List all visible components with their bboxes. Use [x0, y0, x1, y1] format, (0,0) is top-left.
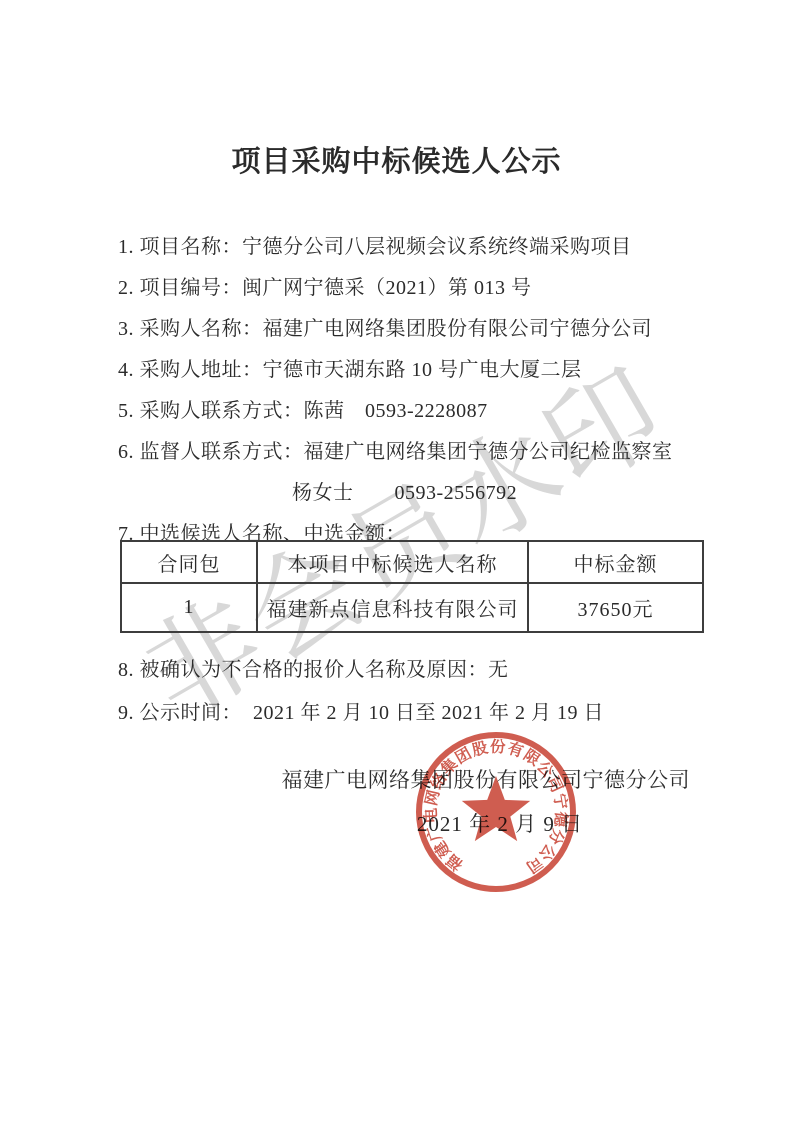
body-line-6-continuation: 杨女士 0593-2556792 — [118, 470, 702, 511]
body-line-8: 8. 被确认为不合格的报价人名称及原因：无 — [118, 646, 702, 689]
table-row: 1 福建新点信息科技有限公司 37650元 — [121, 583, 703, 632]
body-text-after-table: 8. 被确认为不合格的报价人名称及原因：无 9. 公示时间： 2021 年 2 … — [118, 646, 702, 732]
signature-date: 2021 年 2 月 9 日 — [380, 808, 620, 838]
signature-company: 福建广电网络集团股份有限公司宁德分公司 — [108, 764, 690, 794]
body-line-3: 3. 采购人名称：福建广电网络集团股份有限公司宁德分公司 — [118, 306, 702, 347]
document-page: 非会员水印 项目采购中标候选人公示 1. 项目名称：宁德分公司八层视频会议系统终… — [0, 0, 793, 1121]
result-table: 合同包 本项目中标候选人名称 中标金额 1 福建新点信息科技有限公司 37650… — [120, 540, 704, 633]
body-line-5: 5. 采购人联系方式：陈茜 0593-2228087 — [118, 388, 702, 429]
header-contract-package: 合同包 — [121, 541, 257, 583]
body-line-4: 4. 采购人地址：宁德市天湖东路 10 号广电大厦二层 — [118, 347, 702, 388]
body-text: 1. 项目名称：宁德分公司八层视频会议系统终端采购项目 2. 项目编号：闽广网宁… — [118, 224, 702, 552]
cell-candidate-name: 福建新点信息科技有限公司 — [257, 583, 528, 632]
header-bid-amount: 中标金额 — [528, 541, 703, 583]
table-header-row: 合同包 本项目中标候选人名称 中标金额 — [121, 541, 703, 583]
body-line-1: 1. 项目名称：宁德分公司八层视频会议系统终端采购项目 — [118, 224, 702, 265]
cell-bid-amount: 37650元 — [528, 583, 703, 632]
header-candidate-name: 本项目中标候选人名称 — [257, 541, 528, 583]
cell-contract-package: 1 — [121, 583, 257, 632]
body-line-6: 6. 监督人联系方式：福建广电网络集团宁德分公司纪检监察室 — [118, 429, 702, 470]
page-title: 项目采购中标候选人公示 — [0, 139, 793, 180]
body-line-9: 9. 公示时间： 2021 年 2 月 10 日至 2021 年 2 月 19 … — [118, 689, 702, 732]
body-line-2: 2. 项目编号：闽广网宁德采（2021）第 013 号 — [118, 265, 702, 306]
